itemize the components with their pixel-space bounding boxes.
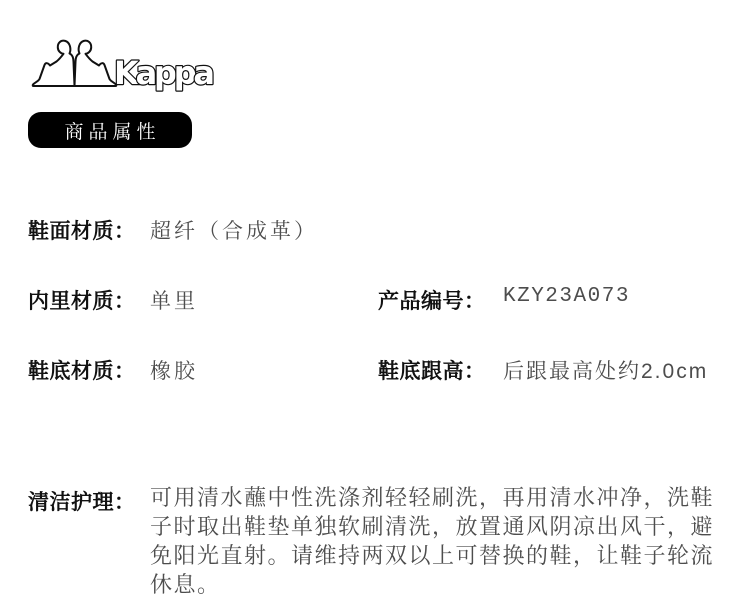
kappa-omini-figures-icon: Kappa: [28, 32, 218, 96]
sole-material-label: 鞋底材质：: [28, 355, 136, 385]
heel-height-label: 鞋底跟高：: [378, 355, 486, 385]
product-code-value: KZY23A073: [503, 285, 630, 308]
section-badge: 商品属性: [28, 112, 192, 148]
brand-wordmark: Kappa: [114, 54, 216, 92]
upper-material-label: 鞋面材质：: [28, 215, 136, 245]
lining-material-label: 内里材质：: [28, 285, 136, 315]
upper-material-value: 超纤（合成革）: [150, 215, 318, 245]
heel-height-value: 后跟最高处约2.0cm: [503, 355, 708, 385]
care-label: 清洁护理：: [28, 486, 136, 516]
lining-material-value: 单里: [150, 285, 198, 315]
sole-material-value: 橡胶: [150, 355, 198, 385]
care-instructions-text: 可用清水蘸中性洗涤剂轻轻刷洗，再用清水冲净，洗鞋子时取出鞋垫单独软刷清洗，放置通…: [150, 483, 720, 599]
product-attributes-page: Kappa 商品属性 鞋面材质： 超纤（合成革） 内里材质： 单里 产品编号： …: [0, 0, 750, 607]
product-code-label: 产品编号：: [378, 285, 486, 315]
section-badge-label: 商品属性: [59, 117, 160, 144]
kappa-logo: Kappa: [28, 32, 218, 96]
